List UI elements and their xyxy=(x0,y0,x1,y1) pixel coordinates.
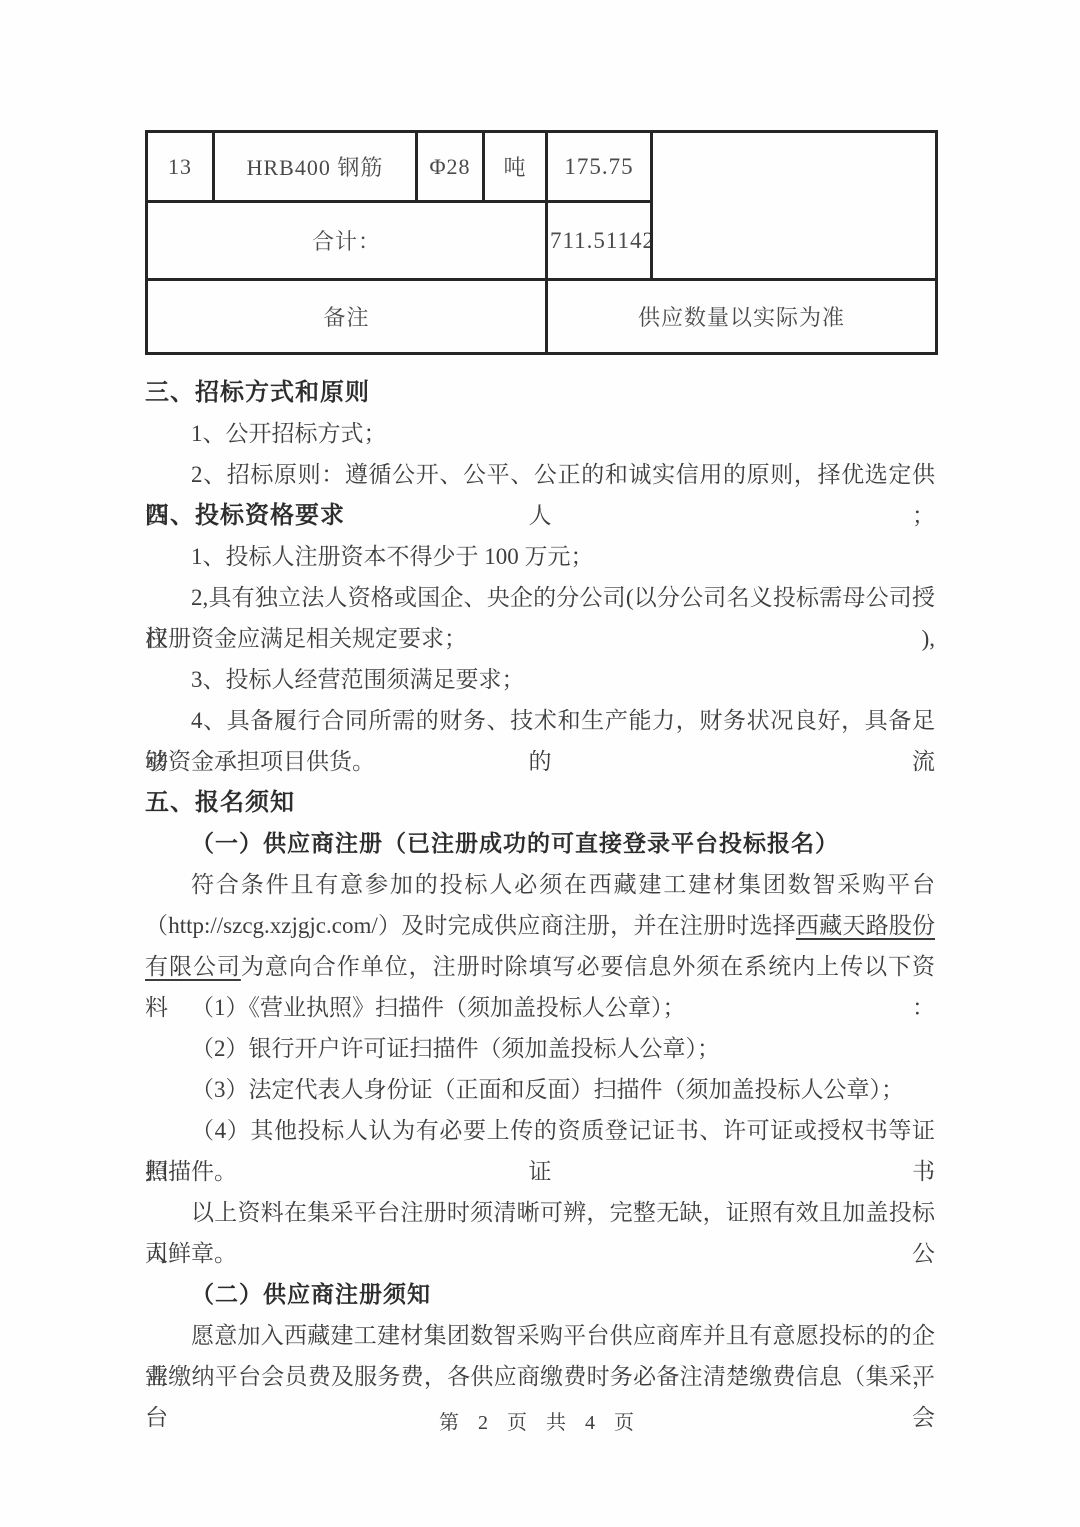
section-4-item-3: 3、投标人经营范围须满足要求； xyxy=(145,659,935,700)
membership-line-1: 愿意加入西藏建工建材集团数智采购平台供应商库并且有意愿投标的的企业， xyxy=(145,1315,935,1356)
section-3-heading: 三、招标方式和原则 xyxy=(145,372,935,413)
section-5-heading: 五、报名须知 xyxy=(145,782,935,823)
section-4-item-2-line-1: 2,具有独立法人资格或国企、央企的分公司(以分公司名义投标需母公司授权), xyxy=(145,577,935,618)
cell-remark-label: 备注 xyxy=(147,280,547,354)
document-item-3: （3）法定代表人身份证（正面和反面）扫描件（须加盖投标人公章）； xyxy=(145,1069,935,1110)
cell-unit: 吨 xyxy=(484,132,547,202)
table-row-remark: 备注 供应数量以实际为准 xyxy=(147,280,937,354)
cell-remark-value: 供应数量以实际为准 xyxy=(547,280,937,354)
membership-line-2: 需缴纳平台会员费及服务费，各供应商缴费时务必备注清楚缴费信息（集采平台会 xyxy=(145,1356,935,1397)
document-item-2: （2）银行开户许可证扫描件（须加盖投标人公章）； xyxy=(145,1028,935,1069)
registration-line-3: 有限公司为意向合作单位，注册时除填写必要信息外须在系统内上传以下资料： xyxy=(145,946,935,987)
company-name-underlined-part-2: 有限公司 xyxy=(145,954,241,979)
document-item-4-line-1: （4）其他投标人认为有必要上传的资质登记证书、许可证或授权书等证照证书 xyxy=(145,1110,935,1151)
section-4-item-4-line-1: 4、具备履行合同所需的财务、技术和生产能力，财务状况良好，具备足够的流 xyxy=(145,700,935,741)
note-line-1: 以上资料在集采平台注册时须清晰可辨，完整无缺，证照有效且加盖投标人公 xyxy=(145,1192,935,1233)
document-body: 三、招标方式和原则 1、公开招标方式； 2、招标原则：遵循公开、公平、公正的和诚… xyxy=(145,372,935,1397)
section-3-item-1: 1、公开招标方式； xyxy=(145,413,935,454)
registration-line-2: （http://szcg.xzjgjc.com/）及时完成供应商注册，并在注册时… xyxy=(145,905,935,946)
cell-total-value: 711.511428 xyxy=(547,202,652,280)
cell-total-label: 合计： xyxy=(147,202,547,280)
section-5-sub-2-heading: （二）供应商注册须知 xyxy=(145,1274,935,1315)
section-4-item-1: 1、投标人注册资本不得少于 100 万元； xyxy=(145,536,935,577)
materials-table: 13 HRB400 钢筋 Φ28 吨 175.75 合计： 711.511428… xyxy=(145,130,938,355)
page-number-footer: 第 2 页 共 4 页 xyxy=(0,1408,1080,1438)
cell-seq-no: 13 xyxy=(147,132,214,202)
registration-line-2-text: （http://szcg.xzjgjc.com/）及时完成供应商注册，并在注册时… xyxy=(145,913,796,938)
cell-spec: Φ28 xyxy=(417,132,484,202)
cell-material-name: HRB400 钢筋 xyxy=(214,132,417,202)
document-page: 13 HRB400 钢筋 Φ28 吨 175.75 合计： 711.511428… xyxy=(0,0,1080,1527)
table-row-item: 13 HRB400 钢筋 Φ28 吨 175.75 xyxy=(147,132,937,202)
section-3-item-2: 2、招标原则：遵循公开、公平、公正的和诚实信用的原则，择优选定供货人； xyxy=(145,454,935,495)
cell-quantity: 175.75 xyxy=(547,132,652,202)
registration-line-1: 符合条件且有意参加的投标人必须在西藏建工建材集团数智采购平台 xyxy=(145,864,935,905)
cell-empty-right xyxy=(652,132,937,280)
section-5-sub-1-heading: （一）供应商注册（已注册成功的可直接登录平台投标报名） xyxy=(145,823,935,864)
company-name-underlined-part-1: 西藏天路股份 xyxy=(796,913,935,938)
